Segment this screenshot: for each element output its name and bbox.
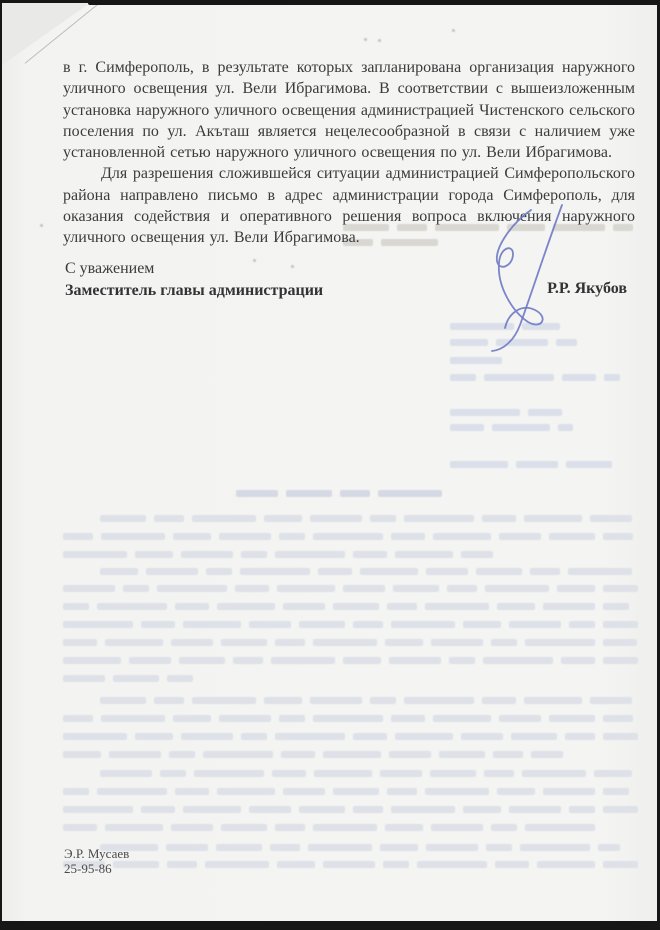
bleed-through-word — [385, 639, 423, 646]
bleed-through-word — [395, 551, 453, 558]
bleed-through-word — [286, 490, 332, 497]
bleed-through-word — [241, 733, 267, 740]
bleed-through-word — [173, 533, 211, 540]
bleed-through-word — [370, 697, 396, 704]
bleed-through-word — [314, 770, 372, 777]
bleed-through-word — [603, 533, 633, 540]
bleed-through-word — [417, 861, 487, 868]
bleed-through-word — [430, 770, 476, 777]
bleed-through-word — [528, 409, 562, 416]
bleed-through-word — [491, 639, 517, 646]
bleed-through-word — [233, 657, 263, 664]
bleed-through-word — [404, 515, 474, 522]
bleed-through-word — [109, 751, 161, 758]
bleed-through-word — [313, 639, 377, 646]
bleed-through-word — [279, 715, 305, 722]
bleed-through-line — [63, 603, 638, 610]
scan-speck — [364, 38, 367, 41]
bleed-through-word — [219, 533, 271, 540]
bleed-through-word — [353, 806, 383, 813]
bleed-through-line — [450, 339, 577, 346]
bleed-through-word — [509, 806, 561, 813]
bleed-through-line — [63, 751, 563, 758]
bleed-through-word — [491, 824, 517, 831]
bleed-through-word — [499, 533, 541, 540]
bleed-through-word — [318, 568, 352, 575]
bleed-through-word — [425, 788, 489, 795]
bleed-through-word — [393, 585, 439, 592]
bleed-through-word — [484, 374, 554, 381]
bleed-through-word — [181, 551, 233, 558]
bleed-through-word — [516, 461, 558, 468]
bleed-through-line — [63, 788, 638, 795]
bleed-through-word — [598, 844, 620, 851]
bleed-through-line — [450, 323, 560, 330]
bleed-through-word — [391, 715, 425, 722]
bleed-through-word — [264, 515, 302, 522]
bleed-through-word — [603, 788, 629, 795]
bleed-through-word — [323, 861, 375, 868]
bleed-through-word — [604, 374, 620, 381]
bleed-through-word — [568, 568, 632, 575]
bleed-through-word — [461, 733, 503, 740]
bleed-through-word — [217, 788, 275, 795]
bleed-through-line — [100, 568, 638, 575]
bleed-through-line — [100, 515, 638, 522]
bleed-through-word — [493, 751, 523, 758]
bleed-through-word — [603, 806, 638, 813]
executor-name: Э.Р. Мусаев — [64, 846, 129, 861]
bleed-through-word — [283, 603, 325, 610]
bleed-through-word — [235, 585, 269, 592]
bleed-through-word — [221, 639, 267, 646]
bleed-through-word — [391, 533, 425, 540]
bleed-through-word — [264, 697, 302, 704]
bleed-through-word — [391, 806, 455, 813]
bleed-through-word — [63, 585, 115, 592]
bleed-through-word — [105, 824, 163, 831]
bleed-through-line — [100, 770, 638, 777]
scan-edge-bottom — [0, 921, 660, 930]
bleed-through-line — [63, 715, 638, 722]
bleed-through-word — [100, 515, 146, 522]
bleed-through-word — [486, 844, 512, 851]
bleed-through-word — [395, 733, 453, 740]
bleed-through-word — [433, 533, 491, 540]
bleed-through-line — [100, 844, 620, 851]
bleed-through-word — [557, 585, 595, 592]
bleed-through-line — [450, 424, 573, 431]
bleed-through-word — [166, 844, 208, 851]
bleed-through-word — [495, 861, 529, 868]
bleed-through-word — [171, 639, 213, 646]
bleed-through-word — [97, 603, 167, 610]
bleed-through-word — [343, 657, 381, 664]
scan-speck — [378, 39, 381, 42]
bleed-through-word — [522, 770, 586, 777]
bleed-through-line — [63, 639, 638, 646]
bleed-through-line — [450, 357, 517, 364]
letter-body: в г. Симферополь, в результате которых з… — [63, 57, 635, 249]
bleed-through-word — [173, 715, 211, 722]
bleed-through-word — [270, 844, 300, 851]
scan-edge-left — [0, 0, 2, 930]
bleed-through-word — [566, 461, 612, 468]
bleed-through-word — [556, 339, 577, 346]
bleed-through-line — [63, 621, 638, 628]
bleed-through-line — [63, 533, 638, 540]
bleed-through-word — [492, 424, 550, 431]
bleed-through-word — [194, 770, 264, 777]
bleed-through-word — [425, 603, 489, 610]
bleed-through-word — [525, 824, 595, 831]
bleed-through-word — [216, 844, 262, 851]
bleed-through-word — [63, 639, 97, 646]
bleed-through-word — [391, 621, 455, 628]
bleed-through-word — [135, 733, 173, 740]
bleed-through-word — [449, 657, 475, 664]
bleed-through-word — [482, 515, 516, 522]
bleed-through-word — [141, 621, 175, 628]
bleed-through-word — [543, 603, 595, 610]
bleed-through-word — [101, 715, 165, 722]
bleed-through-word — [549, 533, 595, 540]
body-paragraph: Для разрешения сложившейся ситуации адми… — [63, 163, 635, 248]
bleed-through-word — [450, 339, 488, 346]
bleed-through-line — [236, 490, 448, 497]
bleed-through-word — [206, 568, 232, 575]
bleed-through-word — [590, 697, 632, 704]
bleed-through-word — [525, 639, 595, 646]
bleed-through-word — [275, 639, 305, 646]
bleed-through-word — [450, 374, 476, 381]
bleed-through-word — [100, 697, 146, 704]
bleed-through-word — [590, 515, 632, 522]
bleed-through-word — [496, 339, 548, 346]
bleed-through-word — [249, 806, 291, 813]
bleed-through-word — [431, 639, 483, 646]
bleed-through-word — [524, 515, 582, 522]
bleed-through-word — [340, 490, 370, 497]
bleed-through-word — [558, 424, 573, 431]
bleed-through-word — [385, 824, 423, 831]
bleed-through-word — [524, 697, 582, 704]
body-paragraph: в г. Симферополь, в результате которых з… — [63, 57, 635, 163]
bleed-through-word — [387, 788, 417, 795]
bleed-through-word — [482, 697, 516, 704]
bleed-through-word — [569, 806, 595, 813]
bleed-through-word — [63, 533, 93, 540]
bleed-through-word — [484, 770, 514, 777]
bleed-through-word — [450, 461, 508, 468]
bleed-through-word — [171, 824, 213, 831]
bleed-through-word — [313, 533, 383, 540]
bleed-through-word — [141, 806, 175, 813]
bleed-through-word — [240, 568, 310, 575]
bleed-through-word — [543, 788, 595, 795]
bleed-through-word — [175, 788, 209, 795]
bleed-through-word — [476, 568, 522, 575]
bleed-through-word — [383, 861, 409, 868]
bleed-through-word — [450, 323, 514, 330]
bleed-through-word — [378, 490, 442, 497]
bleed-through-word — [167, 675, 193, 682]
bleed-through-word — [275, 733, 345, 740]
bleed-through-line — [100, 697, 638, 704]
bleed-through-word — [217, 603, 275, 610]
bleed-through-word — [333, 788, 379, 795]
bleed-through-word — [175, 603, 209, 610]
bleed-through-word — [313, 715, 383, 722]
bleed-through-word — [310, 515, 362, 522]
bleed-through-word — [205, 861, 269, 868]
scanned-letter-page: в г. Симферополь, в результате которых з… — [0, 0, 660, 930]
bleed-through-word — [594, 770, 632, 777]
bleed-through-word — [113, 675, 159, 682]
bleed-through-line — [63, 551, 493, 558]
bleed-through-word — [343, 585, 385, 592]
bleed-through-word — [299, 621, 345, 628]
bleed-through-word — [100, 770, 152, 777]
bleed-through-word — [426, 568, 468, 575]
bleed-through-word — [389, 657, 441, 664]
bleed-through-word — [154, 515, 184, 522]
bleed-through-word — [154, 697, 184, 704]
bleed-through-word — [157, 585, 227, 592]
bleed-through-word — [277, 861, 315, 868]
bleed-through-word — [167, 861, 197, 868]
bleed-through-word — [520, 844, 590, 851]
bleed-through-word — [531, 751, 563, 758]
bleed-through-word — [101, 533, 165, 540]
bleed-through-word — [333, 603, 379, 610]
bleed-through-word — [562, 374, 596, 381]
bleed-through-word — [370, 515, 396, 522]
bleed-through-word — [310, 697, 362, 704]
bleed-through-word — [169, 751, 195, 758]
bleed-through-word — [353, 621, 383, 628]
bleed-through-line — [63, 824, 603, 831]
bleed-through-line — [63, 675, 193, 682]
bleed-through-word — [63, 715, 93, 722]
bleed-through-word — [275, 824, 305, 831]
executor-block: Э.Р. Мусаев 25-95-86 — [64, 846, 129, 876]
bleed-through-word — [461, 551, 493, 558]
bleed-through-word — [283, 788, 325, 795]
bleed-through-word — [447, 585, 477, 592]
bleed-through-word — [389, 751, 431, 758]
bleed-through-word — [123, 585, 149, 592]
bleed-through-word — [277, 585, 335, 592]
bleed-through-word — [463, 806, 501, 813]
bleed-through-word — [404, 697, 474, 704]
bleed-through-word — [63, 657, 121, 664]
bleed-through-word — [100, 568, 138, 575]
bleed-through-word — [499, 715, 541, 722]
bleed-through-word — [603, 715, 633, 722]
bleed-through-word — [192, 697, 256, 704]
bleed-through-word — [497, 788, 535, 795]
bleed-through-word — [549, 715, 595, 722]
bleed-through-word — [192, 515, 256, 522]
bleed-through-word — [323, 751, 381, 758]
salutation: С уважением — [65, 259, 323, 279]
bleed-through-word — [272, 770, 306, 777]
scan-speck — [452, 29, 455, 32]
bleed-through-word — [603, 639, 637, 646]
bleed-through-word — [271, 657, 335, 664]
bleed-through-word — [179, 657, 225, 664]
bleed-through-word — [511, 733, 557, 740]
bleed-through-line — [63, 806, 638, 813]
bleed-through-word — [63, 806, 133, 813]
bleed-through-word — [63, 788, 89, 795]
executor-phone: 25-95-86 — [64, 861, 129, 876]
signer-name: Р.Р. Якубов — [547, 280, 627, 298]
bleed-through-word — [522, 323, 560, 330]
bleed-through-word — [603, 733, 638, 740]
bleed-through-word — [221, 824, 267, 831]
bleed-through-word — [485, 585, 549, 592]
bleed-through-word — [353, 733, 387, 740]
bleed-through-word — [603, 621, 638, 628]
bleed-through-word — [530, 568, 560, 575]
bleed-through-word — [431, 824, 483, 831]
bleed-through-word — [439, 751, 485, 758]
bleed-through-word — [241, 551, 267, 558]
bleed-through-word — [380, 844, 418, 851]
bleed-through-word — [537, 861, 595, 868]
bleed-through-word — [569, 621, 595, 628]
bleed-through-word — [63, 824, 97, 831]
bleed-through-word — [183, 806, 241, 813]
bleed-through-word — [603, 603, 629, 610]
closing-block: С уважением Заместитель главы администра… — [65, 259, 323, 301]
bleed-through-word — [63, 551, 127, 558]
bleed-through-word — [497, 603, 535, 610]
bleed-through-word — [63, 621, 133, 628]
bleed-through-word — [603, 657, 638, 664]
scan-edge-top-thick — [88, 0, 660, 5]
bleed-through-word — [450, 357, 502, 364]
bleed-through-line — [63, 585, 638, 592]
bleed-through-word — [63, 733, 127, 740]
bleed-through-word — [561, 657, 595, 664]
bleed-through-word — [387, 603, 417, 610]
bleed-through-line — [63, 733, 638, 740]
bleed-through-word — [275, 551, 345, 558]
bleed-through-word — [181, 733, 233, 740]
bleed-through-word — [426, 844, 478, 851]
bleed-through-word — [313, 824, 377, 831]
bleed-through-word — [97, 788, 167, 795]
bleed-through-line — [450, 374, 620, 381]
bleed-through-word — [129, 657, 171, 664]
bleed-through-word — [353, 551, 387, 558]
bleed-through-word — [450, 409, 520, 416]
bleed-through-word — [308, 844, 372, 851]
bleed-through-word — [63, 751, 101, 758]
bleed-through-word — [463, 621, 501, 628]
bleed-through-line — [450, 409, 580, 416]
bleed-through-word — [249, 621, 291, 628]
bleed-through-word — [603, 585, 638, 592]
bleed-through-word — [63, 603, 89, 610]
bleed-through-word — [135, 551, 173, 558]
bleed-through-word — [380, 770, 422, 777]
bleed-through-word — [565, 733, 595, 740]
signer-title: Заместитель главы администрации — [65, 281, 323, 301]
bleed-through-word — [160, 770, 186, 777]
bleed-through-word — [105, 639, 163, 646]
bleed-through-word — [450, 424, 484, 431]
bleed-through-word — [203, 751, 273, 758]
bleed-through-word — [63, 675, 105, 682]
scan-speck — [40, 224, 43, 227]
bleed-through-word — [483, 657, 553, 664]
bleed-through-word — [219, 715, 271, 722]
bleed-through-line — [63, 861, 638, 868]
bleed-through-word — [281, 751, 315, 758]
bleed-through-word — [299, 806, 345, 813]
bleed-through-word — [509, 621, 561, 628]
bleed-through-line — [450, 461, 630, 468]
bleed-through-word — [360, 568, 418, 575]
bleed-through-word — [433, 715, 491, 722]
bleed-through-word — [183, 621, 241, 628]
bleed-through-word — [146, 568, 198, 575]
bleed-through-line — [63, 657, 638, 664]
bleed-through-word — [279, 533, 305, 540]
bleed-through-word — [236, 490, 278, 497]
bleed-through-word — [603, 861, 638, 868]
